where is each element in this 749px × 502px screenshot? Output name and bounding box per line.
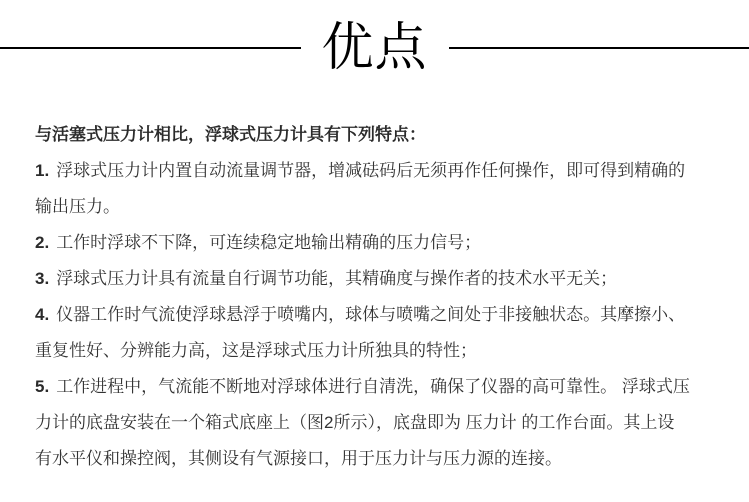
feature-line: 5.工作进程中，气流能不断地对浮球体进行自清洗，确保了仪器的高可靠性。 浮球式压 xyxy=(35,369,735,405)
feature-line: 输出压力。 xyxy=(35,189,735,225)
feature-line: 有水平仪和操控阀，其侧设有气源接口，用于压力计与压力源的连接。 xyxy=(35,441,735,477)
divider-line-left xyxy=(0,47,301,49)
feature-list: 1.浮球式压力计内置自动流量调节器，增减砝码后无须再作任何操作，即可得到精确的输… xyxy=(35,153,735,477)
intro-paragraph: 与活塞式压力计相比，浮球式压力计具有下列特点： xyxy=(35,117,735,153)
feature-line: 1.浮球式压力计内置自动流量调节器，增减砝码后无须再作任何操作，即可得到精确的 xyxy=(35,153,735,189)
feature-line: 重复性好、分辨能力高，这是浮球式压力计所独具的特性； xyxy=(35,333,735,369)
item-number: 2. xyxy=(35,233,49,252)
feature-line: 2.工作时浮球不下降，可连续稳定地输出精确的压力信号； xyxy=(35,225,735,261)
feature-item-5: 5.工作进程中，气流能不断地对浮球体进行自清洗，确保了仪器的高可靠性。 浮球式压… xyxy=(35,369,735,477)
section-header: 优点 xyxy=(0,0,749,96)
feature-item-2: 2.工作时浮球不下降，可连续稳定地输出精确的压力信号； xyxy=(35,225,735,261)
advantages-page: 优点 与活塞式压力计相比，浮球式压力计具有下列特点： 1.浮球式压力计内置自动流… xyxy=(0,0,749,502)
item-number: 4. xyxy=(35,305,49,324)
feature-item-1: 1.浮球式压力计内置自动流量调节器，增减砝码后无须再作任何操作，即可得到精确的输… xyxy=(35,153,735,225)
section-title: 优点 xyxy=(322,22,428,74)
divider-line-right xyxy=(449,47,749,49)
feature-line: 3.浮球式压力计具有流量自行调节功能，其精确度与操作者的技术水平无关； xyxy=(35,261,735,297)
feature-item-4: 4.仪器工作时气流使浮球悬浮于喷嘴内，球体与喷嘴之间处于非接触状态。其摩擦小、重… xyxy=(35,297,735,369)
feature-line: 力计的底盘安装在一个箱式底座上（图2所示），底盘即为 压力计 的工作台面。其上设 xyxy=(35,405,735,441)
item-number: 5. xyxy=(35,377,49,396)
item-number: 1. xyxy=(35,161,49,180)
feature-line: 4.仪器工作时气流使浮球悬浮于喷嘴内，球体与喷嘴之间处于非接触状态。其摩擦小、 xyxy=(35,297,735,333)
feature-item-3: 3.浮球式压力计具有流量自行调节功能，其精确度与操作者的技术水平无关； xyxy=(35,261,735,297)
item-number: 3. xyxy=(35,269,49,288)
content-area: 与活塞式压力计相比，浮球式压力计具有下列特点： 1.浮球式压力计内置自动流量调节… xyxy=(0,96,749,477)
intro-line: 与活塞式压力计相比，浮球式压力计具有下列特点： xyxy=(35,117,735,153)
